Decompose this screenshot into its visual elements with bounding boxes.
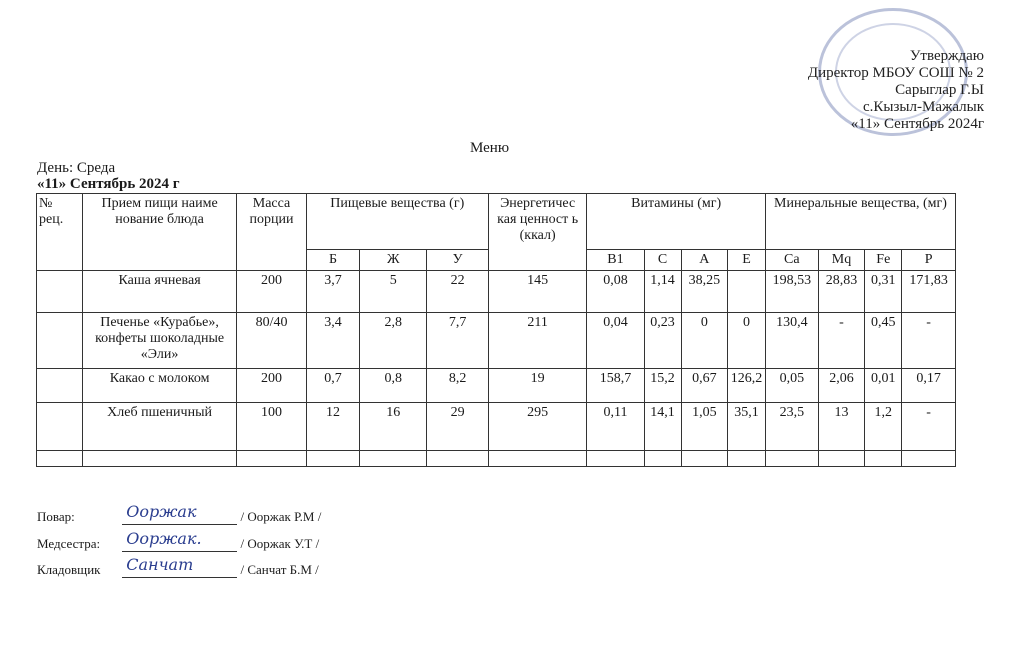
cell-b1: 0,04 bbox=[587, 313, 644, 369]
cell-ca: 0,05 bbox=[765, 369, 818, 403]
cell-empty bbox=[765, 451, 818, 467]
header-nutrients: Пищевые вещества (г) bbox=[306, 194, 488, 250]
cell-empty bbox=[728, 451, 766, 467]
cell-empty bbox=[818, 451, 865, 467]
cell-e bbox=[728, 271, 766, 313]
cell-c: 0,23 bbox=[644, 313, 681, 369]
cell-ca: 198,53 bbox=[765, 271, 818, 313]
cell-b: 3,7 bbox=[306, 271, 360, 313]
cell-mass: 80/40 bbox=[237, 313, 306, 369]
cell-kcal: 145 bbox=[488, 271, 586, 313]
cell-empty bbox=[865, 451, 902, 467]
cell-c: 14,1 bbox=[644, 403, 681, 451]
signature-role: Повар: bbox=[37, 509, 119, 525]
cell-mass: 100 bbox=[237, 403, 306, 451]
cell-mq: 28,83 bbox=[818, 271, 865, 313]
cell-b: 12 bbox=[306, 403, 360, 451]
header-c: C bbox=[644, 250, 681, 271]
cell-mq: 2,06 bbox=[818, 369, 865, 403]
cell-p: 171,83 bbox=[902, 271, 956, 313]
header-ca: Ca bbox=[765, 250, 818, 271]
cell-p: - bbox=[902, 313, 956, 369]
header-rec-no: № рец. bbox=[37, 194, 83, 271]
cell-b: 0,7 bbox=[306, 369, 360, 403]
cell-no bbox=[37, 369, 83, 403]
signature-role: Медсестра: bbox=[37, 536, 119, 552]
table-row-empty bbox=[37, 451, 956, 467]
handwritten-signature: Ооржак bbox=[126, 502, 196, 521]
cell-no bbox=[37, 403, 83, 451]
table-row: Какао с молоком 200 0,7 0,8 8,2 19 158,7… bbox=[37, 369, 956, 403]
table-row: Хлеб пшеничный 100 12 16 29 295 0,11 14,… bbox=[37, 403, 956, 451]
cell-zh: 16 bbox=[360, 403, 427, 451]
cell-empty bbox=[82, 451, 237, 467]
cell-empty bbox=[237, 451, 306, 467]
approval-line: Директор МБОУ СОШ № 2 bbox=[808, 65, 984, 82]
cell-no bbox=[37, 271, 83, 313]
approval-block: Утверждаю Директор МБОУ СОШ № 2 Сарыглар… bbox=[808, 48, 984, 133]
cell-e: 35,1 bbox=[728, 403, 766, 451]
signature-line: Санчат bbox=[122, 563, 237, 578]
date-label: «11» Сентябрь 2024 г bbox=[37, 176, 180, 193]
header-carbs: У bbox=[427, 250, 489, 271]
cell-zh: 5 bbox=[360, 271, 427, 313]
cell-fe: 0,31 bbox=[865, 271, 902, 313]
cell-e: 0 bbox=[728, 313, 766, 369]
table-row: Каша ячневая 200 3,7 5 22 145 0,08 1,14 … bbox=[37, 271, 956, 313]
cell-fe: 0,01 bbox=[865, 369, 902, 403]
signature-storekeeper: Кладовщик Санчат / Санчат Б.М / bbox=[37, 562, 319, 578]
cell-b: 3,4 bbox=[306, 313, 360, 369]
cell-p: - bbox=[902, 403, 956, 451]
cell-b1: 0,08 bbox=[587, 271, 644, 313]
cell-no bbox=[37, 313, 83, 369]
table-header-row: № рец. Прием пищи наиме нование блюда Ма… bbox=[37, 194, 956, 250]
cell-u: 29 bbox=[427, 403, 489, 451]
signature-name: / Ооржак У.Т / bbox=[241, 536, 320, 551]
cell-kcal: 211 bbox=[488, 313, 586, 369]
header-fe: Fe bbox=[865, 250, 902, 271]
cell-ca: 23,5 bbox=[765, 403, 818, 451]
cell-fe: 0,45 bbox=[865, 313, 902, 369]
handwritten-signature: Ооржак. bbox=[126, 529, 201, 548]
header-mass: Масса порции bbox=[237, 194, 306, 271]
handwritten-signature: Санчат bbox=[126, 555, 193, 574]
header-a: A bbox=[681, 250, 728, 271]
cell-name: Печенье «Курабье», конфеты шоколадные «Э… bbox=[82, 313, 237, 369]
cell-mass: 200 bbox=[237, 369, 306, 403]
cell-b1: 158,7 bbox=[587, 369, 644, 403]
header-p: P bbox=[902, 250, 956, 271]
header-protein: Б bbox=[306, 250, 360, 271]
day-label: День: Среда bbox=[37, 160, 115, 177]
cell-mq: 13 bbox=[818, 403, 865, 451]
cell-empty bbox=[360, 451, 427, 467]
cell-mass: 200 bbox=[237, 271, 306, 313]
cell-empty bbox=[681, 451, 728, 467]
header-energy: Энергетичес кая ценност ь (ккал) bbox=[488, 194, 586, 271]
header-e: E bbox=[728, 250, 766, 271]
header-fat: Ж bbox=[360, 250, 427, 271]
cell-b1: 0,11 bbox=[587, 403, 644, 451]
cell-name: Хлеб пшеничный bbox=[82, 403, 237, 451]
cell-e: 126,2 bbox=[728, 369, 766, 403]
cell-u: 22 bbox=[427, 271, 489, 313]
cell-kcal: 295 bbox=[488, 403, 586, 451]
approval-line: «11» Сентябрь 2024г bbox=[808, 116, 984, 133]
cell-c: 15,2 bbox=[644, 369, 681, 403]
approval-line: с.Кызыл-Мажалык bbox=[808, 99, 984, 116]
cell-a: 0,67 bbox=[681, 369, 728, 403]
cell-c: 1,14 bbox=[644, 271, 681, 313]
approval-line: Сарыглар Г.Ы bbox=[808, 82, 984, 99]
cell-a: 0 bbox=[681, 313, 728, 369]
cell-p: 0,17 bbox=[902, 369, 956, 403]
approval-line: Утверждаю bbox=[808, 48, 984, 65]
table-row: Печенье «Курабье», конфеты шоколадные «Э… bbox=[37, 313, 956, 369]
cell-name: Какао с молоком bbox=[82, 369, 237, 403]
signature-line: Ооржак. bbox=[122, 537, 237, 552]
header-b1: B1 bbox=[587, 250, 644, 271]
header-meal-name: Прием пищи наиме нование блюда bbox=[82, 194, 237, 271]
signature-name: / Санчат Б.М / bbox=[241, 562, 319, 577]
signature-cook: Повар: Ооржак / Ооржак Р.М / bbox=[37, 509, 321, 525]
header-vitamins: Витамины (мг) bbox=[587, 194, 766, 250]
page-title: Меню bbox=[470, 140, 509, 157]
cell-empty bbox=[427, 451, 489, 467]
signature-role: Кладовщик bbox=[37, 562, 119, 578]
cell-a: 38,25 bbox=[681, 271, 728, 313]
signature-nurse: Медсестра: Ооржак. / Ооржак У.Т / bbox=[37, 536, 319, 552]
cell-empty bbox=[37, 451, 83, 467]
menu-table: № рец. Прием пищи наиме нование блюда Ма… bbox=[36, 193, 956, 467]
cell-kcal: 19 bbox=[488, 369, 586, 403]
cell-ca: 130,4 bbox=[765, 313, 818, 369]
cell-empty bbox=[488, 451, 586, 467]
cell-empty bbox=[587, 451, 644, 467]
cell-empty bbox=[644, 451, 681, 467]
cell-zh: 0,8 bbox=[360, 369, 427, 403]
cell-empty bbox=[902, 451, 956, 467]
cell-u: 8,2 bbox=[427, 369, 489, 403]
signature-line: Ооржак bbox=[122, 510, 237, 525]
header-minerals: Минеральные вещества, (мг) bbox=[765, 194, 955, 250]
cell-zh: 2,8 bbox=[360, 313, 427, 369]
signature-name: / Ооржак Р.М / bbox=[241, 509, 322, 524]
cell-a: 1,05 bbox=[681, 403, 728, 451]
header-mq: Mq bbox=[818, 250, 865, 271]
cell-empty bbox=[306, 451, 360, 467]
cell-u: 7,7 bbox=[427, 313, 489, 369]
cell-name: Каша ячневая bbox=[82, 271, 237, 313]
cell-fe: 1,2 bbox=[865, 403, 902, 451]
cell-mq: - bbox=[818, 313, 865, 369]
